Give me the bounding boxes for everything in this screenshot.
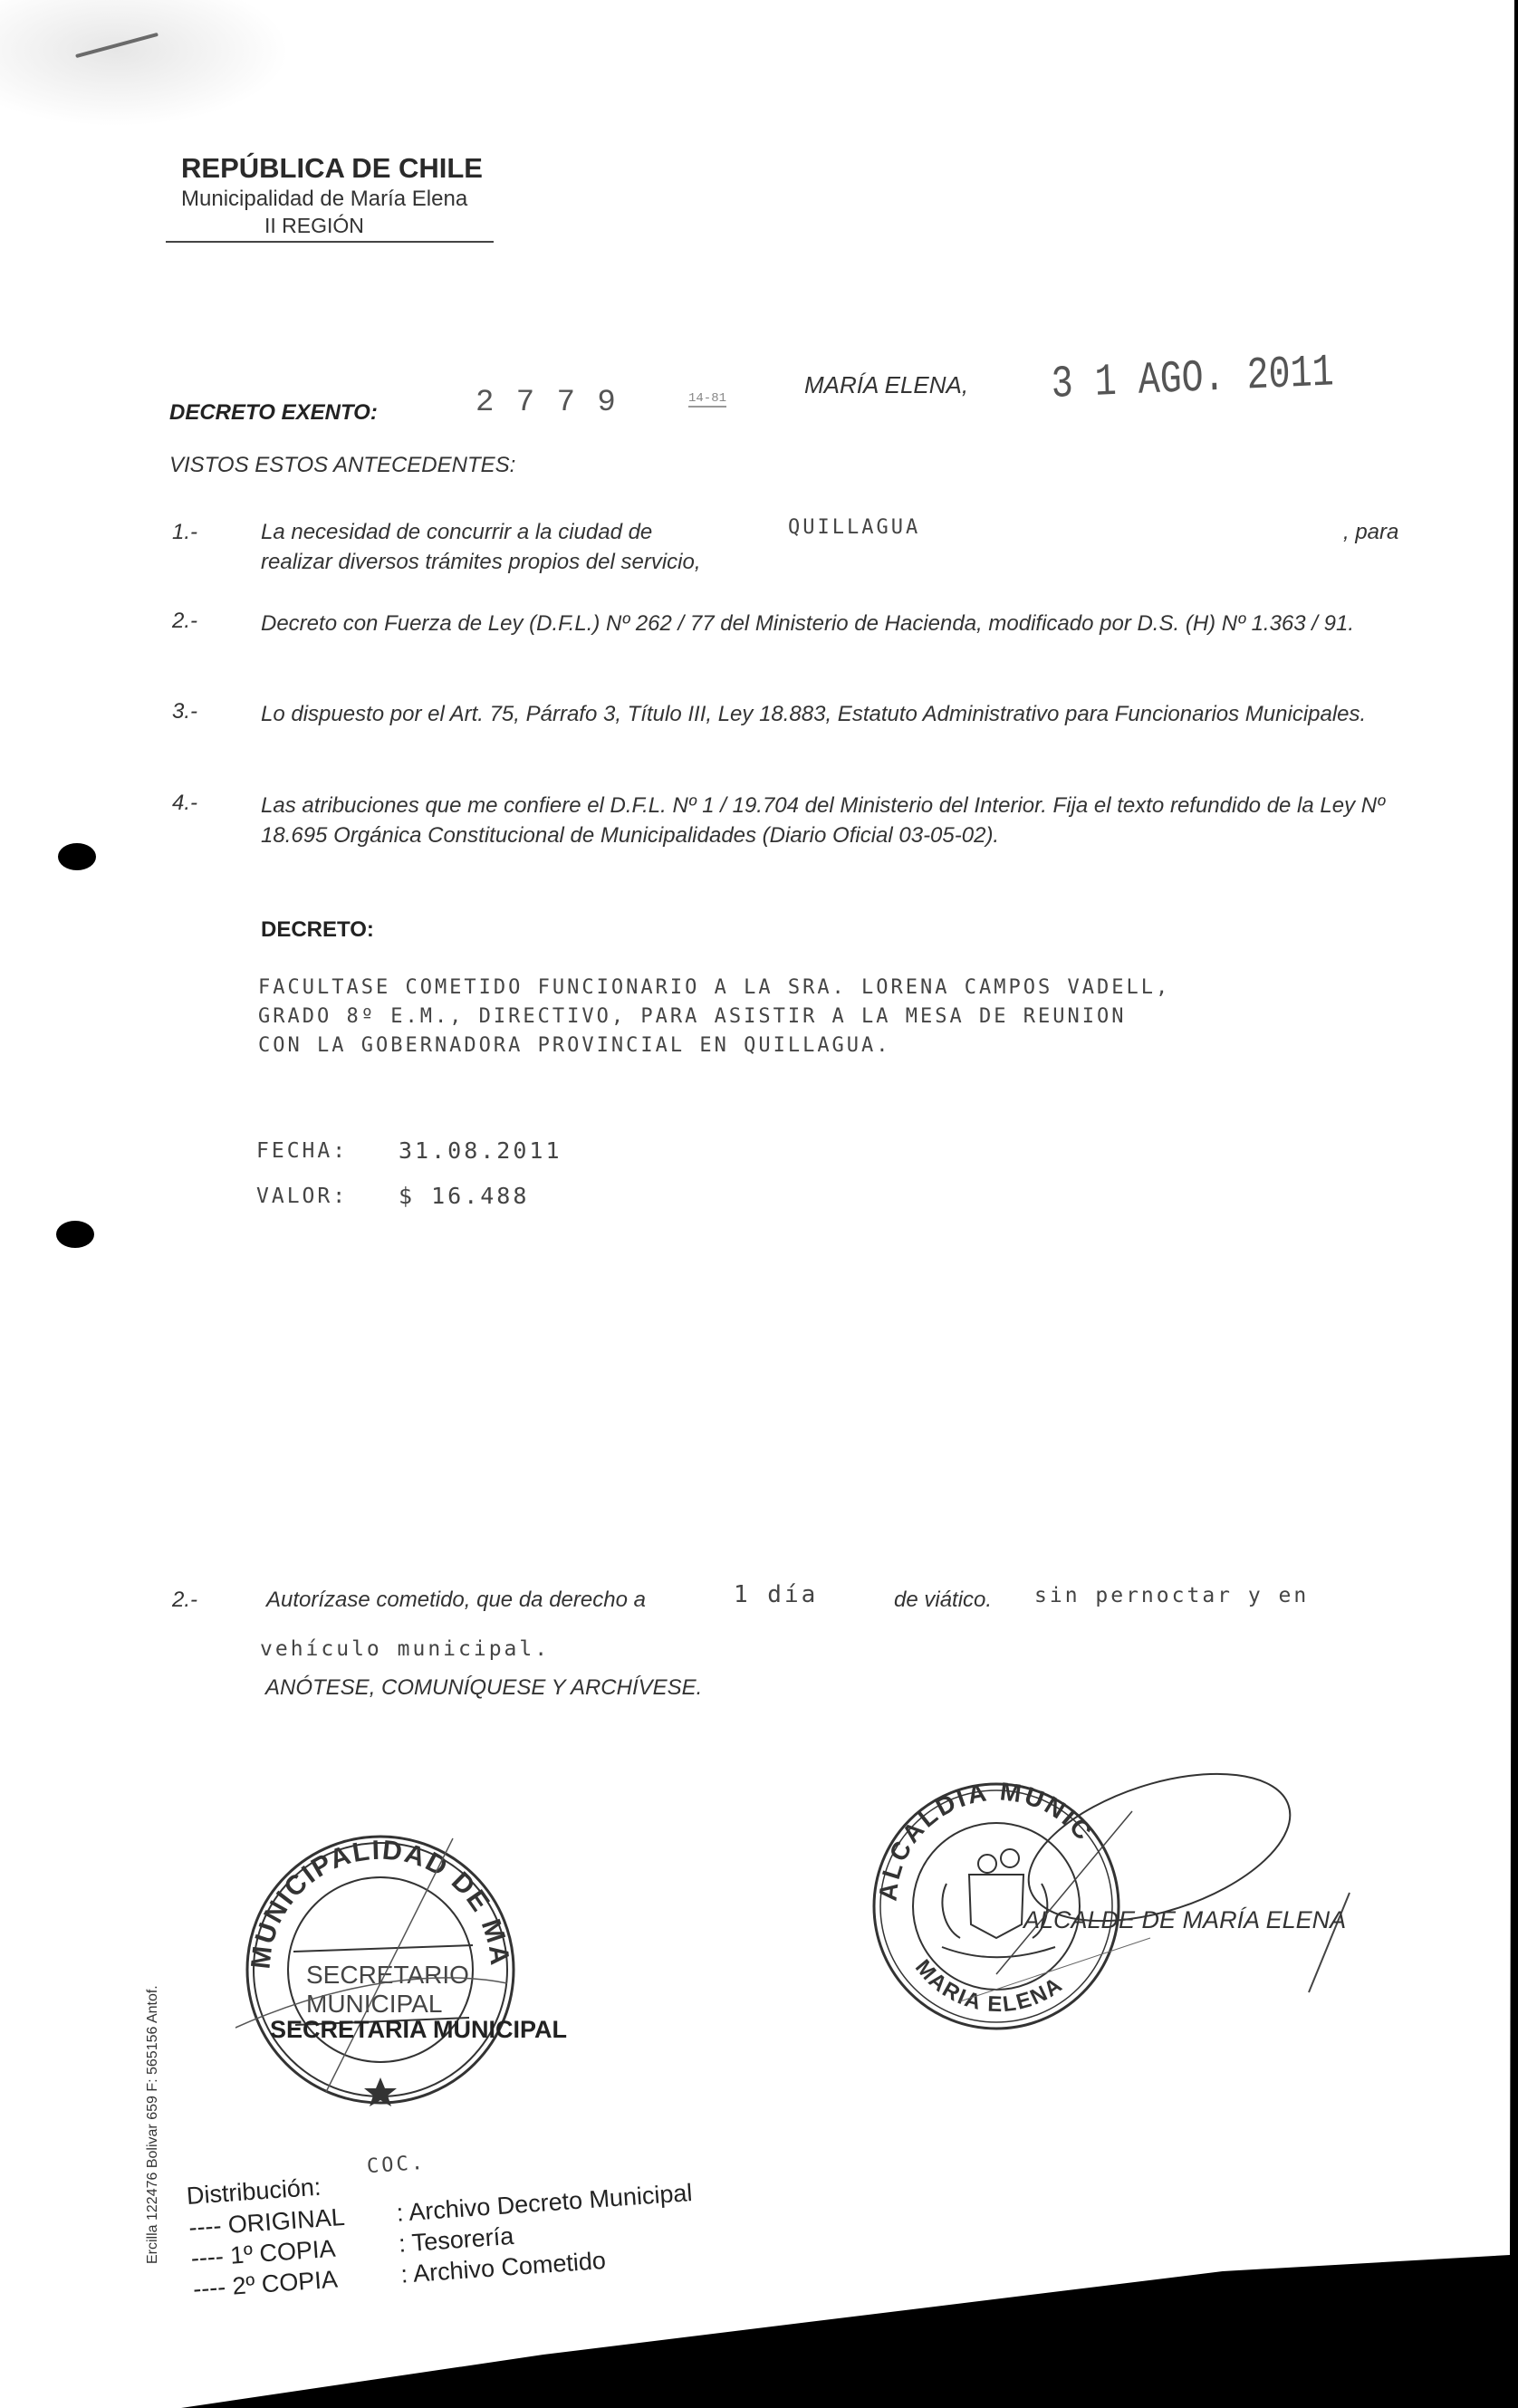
distribution-block: Distribución: ---- ORIGINAL : Archivo De…: [186, 2147, 697, 2307]
antecedente-number-1: 1.-: [172, 520, 197, 545]
scanned-document-page: REPÚBLICA DE CHILE Municipalidad de Marí…: [0, 0, 1518, 2408]
antecedente-1-text: La necesidad de concurrir a la ciudad de: [261, 520, 652, 545]
antecedente-1-city: QUILLAGUA: [788, 516, 920, 539]
letterhead-region: II REGIÓN: [264, 214, 364, 238]
secretaria-seal: MUNICIPALIDAD DE MARIA ELENA SECRETARIO …: [235, 1820, 525, 2119]
svg-text:ALCALDIA MUNICIPAL: ALCALDIA MUNICIPAL: [860, 1757, 1099, 1903]
antecedentes-heading: VISTOS ESTOS ANTECEDENTES:: [169, 453, 515, 478]
authorization-typed-line2: vehículo municipal.: [260, 1637, 550, 1661]
punch-hole-bottom: [56, 1221, 94, 1248]
antecedente-2-text: Decreto con Fuerza de Ley (D.F.L.) Nº 26…: [261, 609, 1402, 638]
secretaria-caption: SECRETARIA MUNICIPAL: [270, 2016, 567, 2044]
antecedente-1-para: , para: [1343, 520, 1398, 545]
alcalde-caption: ALCALDE DE MARÍA ELENA: [1023, 1906, 1346, 1934]
alcaldia-seal: ALCALDIA MUNICIPAL MARIA ELENA: [860, 1757, 1422, 2047]
decreto-body: FACULTASE COMETIDO FUNCIONARIO A LA SRA.…: [258, 974, 1170, 1060]
closing-formula: ANÓTESE, COMUNÍQUESE Y ARCHÍVESE.: [265, 1675, 702, 1701]
authorization-text: Autorízase cometido, que da derecho a: [266, 1588, 646, 1613]
authorization-days: 1 día: [734, 1581, 818, 1608]
antecedente-number-3: 3.-: [172, 699, 197, 724]
authorization-typed: sin pernoctar y en: [1034, 1584, 1309, 1607]
antecedente-4-text: Las atribuciones que me confiere el D.F.…: [261, 791, 1402, 850]
letterhead-municipality: Municipalidad de María Elena: [181, 187, 467, 212]
authorization-viatico: de viático.: [894, 1588, 992, 1613]
svg-text:MARIA ELENA: MARIA ELENA: [910, 1955, 1068, 2017]
scan-smudge: [0, 0, 290, 127]
decreto-line-3: CON LA GOBERNADORA PROVINCIAL EN QUILLAG…: [258, 1031, 1170, 1060]
svg-text:SECRETARIO: SECRETARIO: [306, 1961, 469, 1989]
antecedente-3-text: Lo dispuesto por el Art. 75, Párrafo 3, …: [261, 699, 1402, 729]
decreto-line-1: FACULTASE COMETIDO FUNCIONARIO A LA SRA.…: [258, 974, 1170, 1003]
decree-place: MARÍA ELENA,: [804, 371, 968, 399]
valor-label: VALOR:: [256, 1185, 348, 1208]
decree-number-suffix: 14-81: [688, 391, 726, 408]
fecha-label: FECHA:: [256, 1139, 348, 1163]
antecedente-number-4: 4.-: [172, 791, 197, 816]
authorization-number: 2.-: [172, 1588, 197, 1613]
letterhead-rule: [166, 241, 494, 243]
printer-imprint: Ercilla 122476 Bolivar 659 F: 565156 Ant…: [145, 1985, 161, 2264]
punch-hole-top: [58, 843, 96, 870]
antecedente-1-line2: realizar diversos trámites propios del s…: [261, 550, 701, 575]
decreto-line-2: GRADO 8º E.M., DIRECTIVO, PARA ASISTIR A…: [258, 1003, 1170, 1031]
fecha-value: 31.08.2011: [399, 1137, 562, 1164]
decreto-heading: DECRETO:: [261, 917, 374, 943]
date-stamp: 3 1 AGO. 2011: [1051, 348, 1334, 411]
decree-label: DECRETO EXENTO:: [169, 400, 378, 426]
letterhead-country: REPÚBLICA DE CHILE: [181, 152, 483, 185]
svg-text:MUNICIPAL: MUNICIPAL: [306, 1990, 442, 2018]
decree-number: 2 7 7 9: [476, 386, 618, 420]
valor-value: $ 16.488: [399, 1183, 529, 1209]
antecedente-number-2: 2.-: [172, 609, 197, 634]
